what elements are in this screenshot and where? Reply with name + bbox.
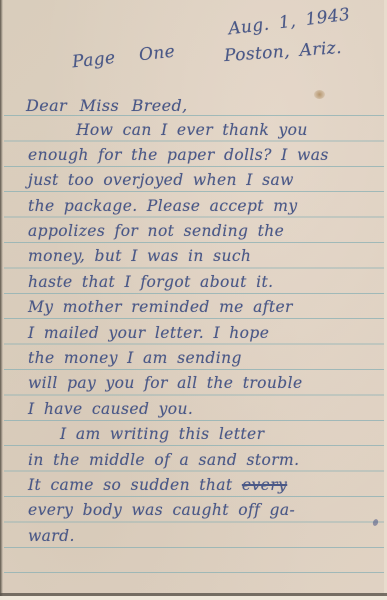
- letter-body: How can I ever thank you enough for the …: [28, 116, 379, 548]
- handwritten-line: My mother reminded me after: [28, 293, 379, 318]
- date-line: Aug. 1, 1943: [227, 5, 351, 40]
- handwritten-line: in the middle of a sand storm.: [28, 446, 379, 471]
- handwritten-line: money, but I was in such: [28, 242, 379, 267]
- letter-page: Aug. 1, 1943 Page One Poston, Ariz. Dear…: [0, 0, 387, 600]
- handwritten-line: just too overjoyed when I saw: [28, 166, 379, 191]
- line-text: It came so sudden that: [28, 476, 233, 494]
- paper-stain: [314, 90, 325, 99]
- handwritten-line: will pay you for all the trouble: [28, 369, 379, 394]
- scan-margin-bottom: [0, 596, 387, 600]
- handwritten-line: It came so sudden that every: [28, 471, 379, 496]
- handwritten-line: ward.: [28, 522, 379, 547]
- handwritten-line: the package. Please accept my: [28, 192, 379, 217]
- handwritten-line: every body was caught off ga-: [28, 496, 379, 521]
- handwritten-line: appolizes for not sending the: [28, 217, 379, 242]
- handwritten-line: the money I am sending: [28, 344, 379, 369]
- handwritten-line: haste that I forgot about it.: [28, 268, 379, 293]
- handwritten-line: I mailed your letter. I hope: [28, 319, 379, 344]
- handwritten-line: How can I ever thank you: [28, 116, 379, 141]
- crossed-out-word: every: [242, 476, 287, 494]
- handwritten-line: I have caused you.: [28, 395, 379, 420]
- location-line: Poston, Ariz.: [223, 38, 342, 66]
- page-number-label: Page One: [71, 42, 176, 73]
- salutation: Dear Miss Breed,: [26, 92, 188, 117]
- handwritten-line: I am writing this letter: [28, 420, 379, 445]
- handwritten-line: enough for the paper dolls? I was: [28, 141, 379, 166]
- scan-edge-left: [0, 0, 3, 600]
